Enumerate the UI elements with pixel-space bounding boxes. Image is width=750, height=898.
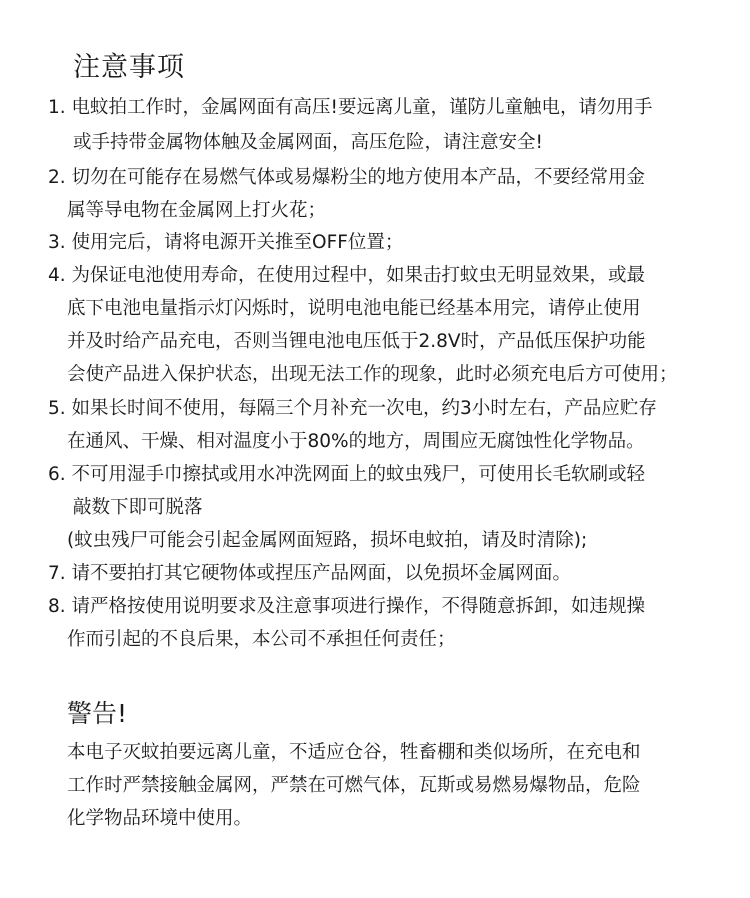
notice-item-5-line-2: 在通风、干燥、相对温度小于80%的地方，周围应无腐蚀性化学物品。 (67, 429, 645, 455)
notice-item-3-line-1: 3. 使用完后，请将电源开关推至OFF位置； (48, 230, 403, 256)
item-number: 3. (48, 230, 66, 256)
item-number: 1. (48, 95, 66, 121)
item-number: 6. (48, 462, 66, 488)
notice-item-6-line-3: (蚊虫残尸可能会引起金属网面短路，损坏电蚊拍，请及时清除); (67, 528, 587, 554)
safety-notice-page: 注意事项 1. 电蚊拍工作时，金属网面有高压!要远离儿童，谨防儿童触电，请勿用手… (0, 0, 750, 898)
notice-item-5-line-1: 5. 如果长时间不使用，每隔三个月补充一次电，约3小时左右，产品应贮存 (48, 396, 657, 422)
item-number: 2. (48, 165, 66, 191)
item-number: 7. (48, 561, 66, 587)
notice-item-2-line-1: 2. 切勿在可能存在易燃气体或易爆粉尘的地方使用本产品，不要经常用金 (48, 165, 645, 191)
notice-item-1-line-2: 或手持带金属物体触及金属网面，高压危险，请注意安全! (73, 130, 543, 156)
notice-item-1-line-1: 1. 电蚊拍工作时，金属网面有高压!要远离儿童，谨防儿童触电，请勿用手 (48, 95, 652, 121)
notice-item-8-line-2: 作而引起的不良后果，本公司不承担任何责任； (67, 627, 456, 653)
notice-item-6-line-1: 6. 不可用湿手巾擦拭或用水冲洗网面上的蚊虫残尸，可使用长毛软刷或轻 (48, 462, 645, 488)
notice-item-4-line-3: 并及时给产品充电，否则当锂电池电压低于2.8V时，产品低压保护功能 (67, 329, 646, 355)
item-number: 4. (48, 263, 66, 289)
warning-title: 警告! (67, 697, 127, 731)
warning-line-1: 本电子灭蚊拍要远离儿童，不适应仓谷，牲畜棚和类似场所，在充电和 (67, 740, 641, 766)
notice-item-2-line-2: 属等导电物在金属网上打火花； (67, 198, 326, 224)
item-number: 5. (48, 396, 66, 422)
notice-item-4-line-2: 底下电池电量指示灯闪烁时，说明电池电能已经基本用完，请停止使用 (67, 296, 641, 322)
warning-line-3: 化学物品环境中使用。 (67, 806, 252, 832)
notice-item-4-line-1: 4. 为保证电池使用寿命，在使用过程中，如果击打蚊虫无明显效果，或最 (48, 263, 645, 289)
notice-item-4-line-4: 会使产品进入保护状态，出现无法工作的现象，此时必须充电后方可使用； (67, 362, 678, 388)
warning-line-2: 工作时严禁接触金属网，严禁在可燃气体，瓦斯或易燃易爆物品，危险 (67, 773, 641, 799)
notice-item-8-line-1: 8. 请严格按使用说明要求及注意事项进行操作，不得随意拆卸，如违规操 (48, 594, 645, 620)
notice-item-7-line-1: 7. 请不要拍打其它硬物体或捏压产品网面，以免损坏金属网面。 (48, 561, 571, 587)
notice-item-6-line-2: 敲数下即可脱落 (73, 495, 203, 521)
item-number: 8. (48, 594, 66, 620)
notice-title: 注意事项 (73, 50, 185, 86)
